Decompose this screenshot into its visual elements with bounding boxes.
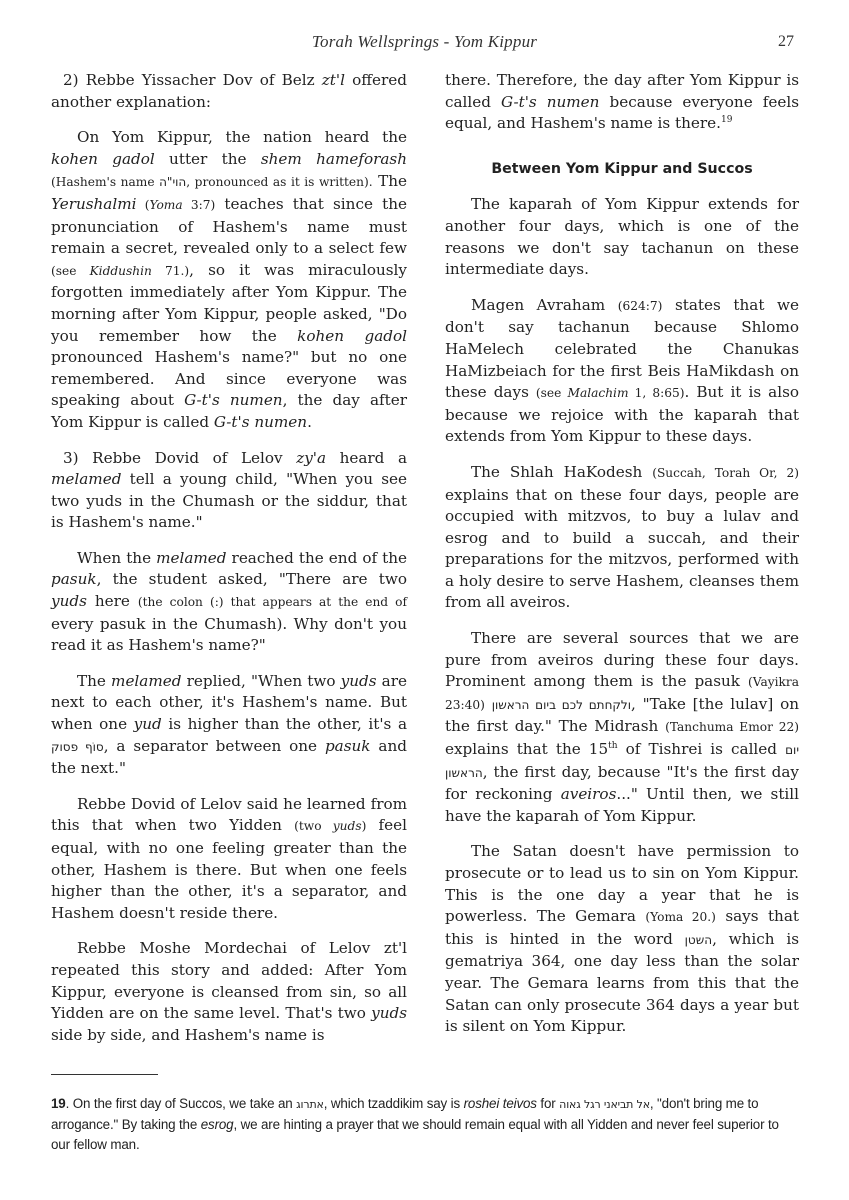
term: melamed — [51, 470, 121, 488]
footnote-number: 19 — [51, 1096, 66, 1111]
citation: (see — [536, 386, 568, 400]
paragraph-lelov-melamed: 3) Rebbe Dovid of Lelov zy'a heard a mel… — [51, 448, 407, 534]
citation: (see — [51, 264, 90, 278]
citation: 71.) — [152, 264, 189, 278]
paragraph-magen-avraham: Magen Avraham (624:7) states that we don… — [445, 295, 799, 448]
hebrew-text: אל תביאני רגל גאוה — [559, 1098, 650, 1111]
term: yud — [134, 715, 162, 733]
text: heard a — [326, 449, 407, 467]
hebrew-text: השטן — [685, 933, 712, 947]
text: . On the first day of Succos, we take an — [66, 1096, 297, 1111]
paragraph-kaparah-extends: The kaparah of Yom Kippur extends for an… — [445, 194, 799, 280]
citation: (Succah, Torah Or, 2) — [652, 466, 799, 480]
term: yuds — [341, 672, 377, 690]
page-number: 27 — [778, 33, 794, 51]
text: explains that on these four days, people… — [445, 486, 799, 612]
hebrew-text: סוֹף פסוק — [51, 740, 104, 754]
citation: 1, 8:65) — [629, 386, 685, 400]
term: G-t's numen — [214, 413, 307, 431]
term: roshei teivos — [464, 1096, 537, 1111]
text: . — [307, 413, 312, 431]
footnote-reference[interactable]: 19 — [721, 115, 732, 125]
text: On Yom Kippur, the nation heard the — [77, 128, 407, 146]
paragraph-lelov-lesson: Rebbe Dovid of Lelov said he learned fro… — [51, 794, 407, 925]
citation: (624:7) — [618, 299, 663, 313]
citation: 3:7) — [183, 198, 216, 212]
paragraph-student-question: When the melamed reached the end of the … — [51, 548, 407, 657]
text: The — [77, 672, 111, 690]
text: is higher than the other, it's a — [162, 715, 407, 733]
text: for — [537, 1096, 559, 1111]
term: esrog — [201, 1117, 234, 1132]
text: 2) Rebbe Yissacher Dov of Belz — [63, 71, 322, 89]
citation: Yoma — [149, 198, 182, 212]
aside: (Hashem's name — [51, 175, 159, 189]
honorific: zt'l — [322, 71, 345, 89]
text: , the student asked, "There are two — [97, 570, 407, 588]
text: Rebbe Moshe Mordechai of Lelov zt'l repe… — [51, 939, 407, 1022]
text: , a separator between one — [104, 737, 325, 755]
term: G-t's numen — [184, 391, 282, 409]
term: kohen gadol — [51, 150, 155, 168]
aside: , pronounced as it is written). — [186, 175, 372, 189]
left-column: 2) Rebbe Yissacher Dov of Belz zt'l offe… — [51, 70, 407, 1060]
text: , which tzaddikim say is — [324, 1096, 464, 1111]
text: When the — [77, 549, 156, 567]
hebrew-text: ולקחתם לכם ביום הראשון — [492, 698, 631, 712]
paragraph-continuation: there. Therefore, the day after Yom Kipp… — [445, 70, 799, 135]
aside: yuds — [333, 819, 362, 833]
paragraph-satan: The Satan doesn't have permission to pro… — [445, 841, 799, 1037]
footnote-19: 19. On the first day of Succos, we take … — [51, 1094, 799, 1155]
citation: (Tanchuma Emor 22) — [665, 720, 799, 734]
term: yuds — [51, 592, 87, 610]
term: melamed — [156, 549, 226, 567]
text: The — [373, 172, 407, 190]
paragraph-melamed-reply: The melamed replied, "When two yuds are … — [51, 671, 407, 780]
aside: (the colon (:) that appears at the end o… — [138, 595, 407, 609]
honorific: zy'a — [296, 449, 326, 467]
paragraph-shem-hameforash: On Yom Kippur, the nation heard the kohe… — [51, 127, 407, 433]
book-page: Torah Wellsprings - Yom Kippur 27 2) Reb… — [0, 0, 849, 1200]
text: replied, "When two — [181, 672, 340, 690]
term: yuds — [371, 1004, 407, 1022]
term: shem hameforash — [261, 150, 407, 168]
text: every pasuk in the Chumash). Why don't y… — [51, 615, 407, 655]
section-heading: Between Yom Kippur and Succos — [445, 159, 799, 181]
text: of Tishrei is called — [618, 740, 786, 758]
citation: Kiddushin — [90, 264, 152, 278]
text — [485, 695, 492, 713]
term: aveiros — [561, 785, 617, 803]
text: 3) Rebbe Dovid of Lelov — [63, 449, 296, 467]
term: kohen gadol — [297, 327, 407, 345]
paragraph-shlah-hakodesh: The Shlah HaKodesh (Succah, Torah Or, 2)… — [445, 462, 799, 614]
hebrew-text: אתרוג — [296, 1098, 324, 1111]
text: There are several sources that we are pu… — [445, 629, 799, 690]
term: pasuk — [51, 570, 97, 588]
running-title: Torah Wellsprings - Yom Kippur — [0, 32, 849, 52]
right-column: there. Therefore, the day after Yom Kipp… — [445, 70, 799, 1052]
text: here — [87, 592, 138, 610]
paragraph-sources-purity: There are several sources that we are pu… — [445, 628, 799, 827]
text: utter the — [155, 150, 261, 168]
text: The Shlah HaKodesh — [471, 463, 652, 481]
term: melamed — [111, 672, 181, 690]
aside: (two — [294, 819, 333, 833]
text: side by side, and Hashem's name is — [51, 1026, 325, 1044]
source-name: Yerushalmi — [51, 195, 136, 213]
text: explains that the 15 — [445, 740, 608, 758]
hebrew-text: הוי"ה — [159, 175, 186, 189]
footnote-divider — [51, 1074, 158, 1075]
term: pasuk — [325, 737, 371, 755]
text: Magen Avraham — [471, 296, 618, 314]
text: reached the end of the — [227, 549, 407, 567]
running-header: Torah Wellsprings - Yom Kippur 27 — [0, 32, 849, 56]
paragraph-belz-explanation: 2) Rebbe Yissacher Dov of Belz zt'l offe… — [51, 70, 407, 113]
citation: Malachim — [567, 386, 628, 400]
term: G-t's numen — [501, 93, 599, 111]
citation: (Yoma 20.) — [645, 910, 716, 924]
paragraph-moshe-mordechai: Rebbe Moshe Mordechai of Lelov zt'l repe… — [51, 938, 407, 1046]
ordinal-suffix: th — [608, 741, 617, 751]
citation: ( — [136, 198, 149, 212]
